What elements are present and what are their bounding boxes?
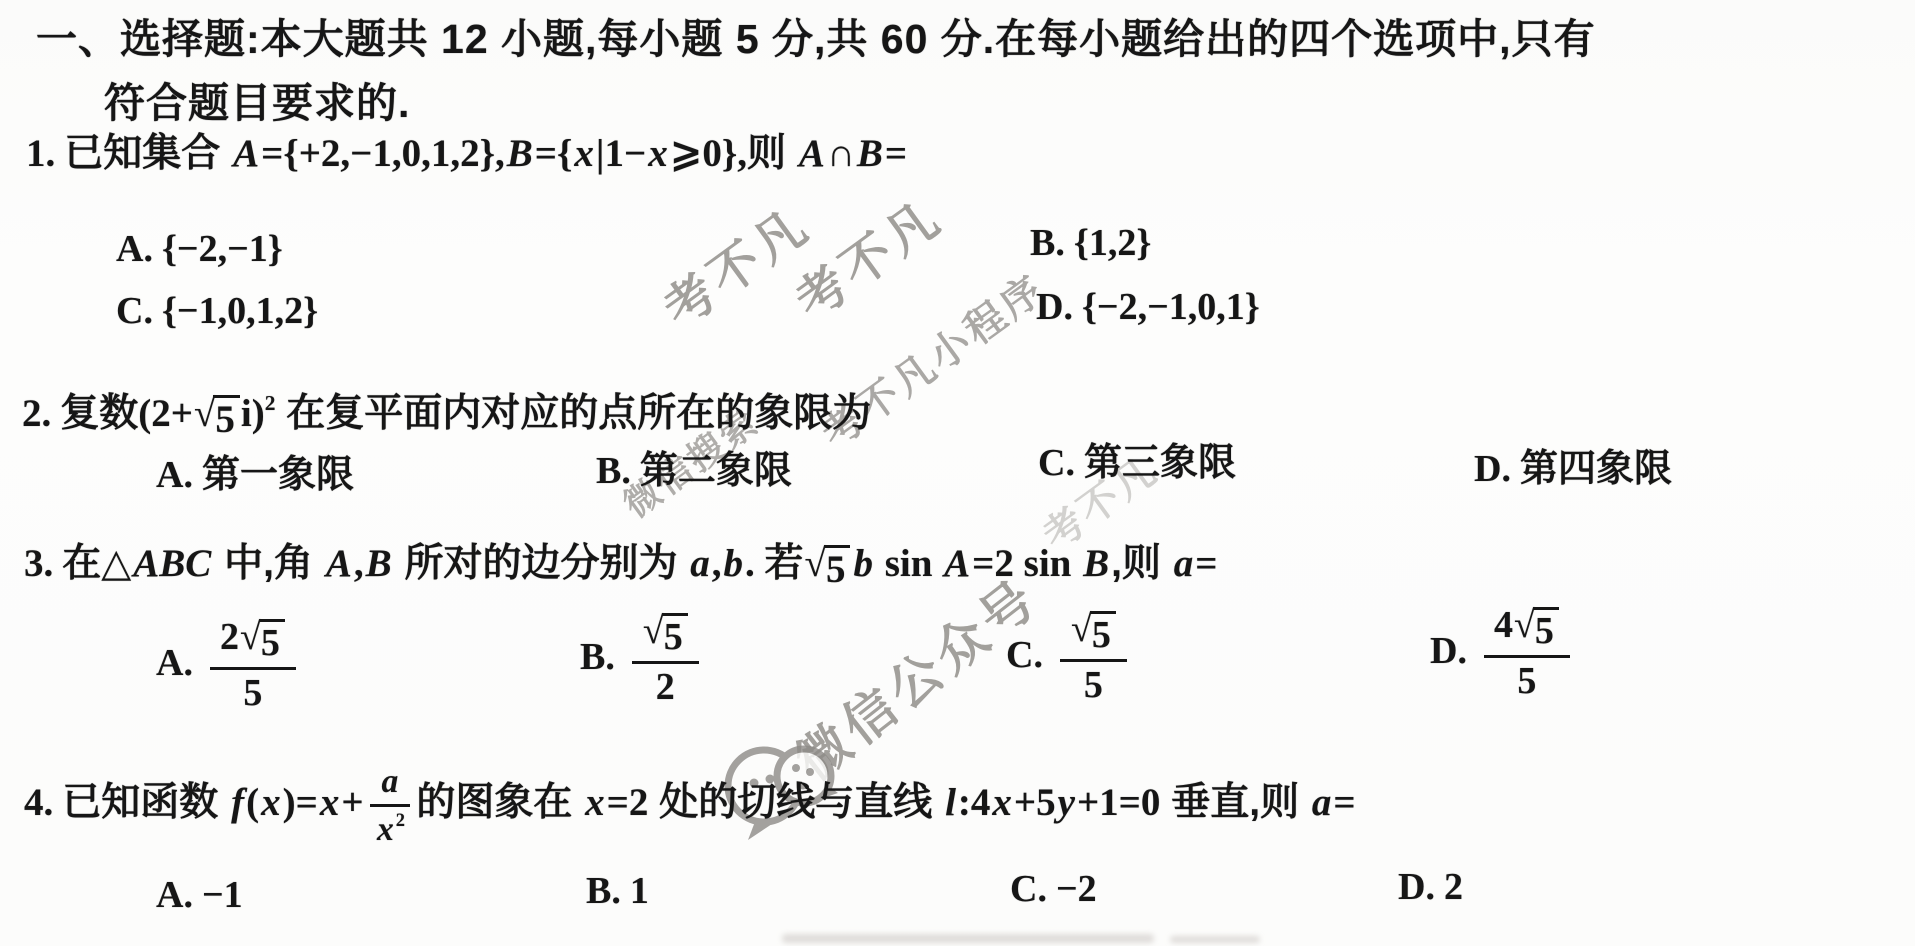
question-2-option-b: B.第二象限 bbox=[596, 448, 792, 494]
question-1-option-b: B.{1,2} bbox=[1030, 220, 1151, 266]
section-header-line-1: 一、选择题:本大题共 12 小题,每小题 5 分,共 60 分.在每小题给出的四… bbox=[36, 14, 1596, 64]
question-2-option-c: C.第三象限 bbox=[1038, 440, 1236, 486]
question-2-option-d: D.第四象限 bbox=[1474, 446, 1672, 492]
question-4-option-c: C.−2 bbox=[1010, 866, 1097, 912]
question-1-option-a: A.{−2,−1} bbox=[116, 226, 283, 272]
scan-smudge bbox=[1170, 936, 1260, 943]
question-3-option-a: A.2√55 bbox=[156, 616, 304, 714]
question-3-option-b: B.√52 bbox=[580, 610, 707, 708]
watermark-text-2: 考不凡 bbox=[779, 178, 955, 333]
question-3-option-d: D.4√55 bbox=[1430, 604, 1578, 702]
exam-scan-page: { "symbols": { "radical": "√" }, "header… bbox=[0, 0, 1915, 946]
question-1-option-d: D.{−2,−1,0,1} bbox=[1036, 284, 1260, 330]
question-4-option-a: A.−1 bbox=[156, 872, 243, 918]
question-4-stem: 4.已知函数 f(x)=x+ax2的图象在 x=2 处的切线与直线 l:4x+5… bbox=[24, 762, 1356, 847]
section-header-line-2: 符合题目要求的. bbox=[104, 78, 410, 128]
question-4-option-b: B.1 bbox=[586, 868, 649, 914]
question-3-stem: 3.在△ABC 中,角 A,B 所对的边分别为 a,b. 若√5b sin A=… bbox=[24, 540, 1218, 589]
scan-smudge bbox=[782, 934, 1154, 943]
question-3-option-c: C.√55 bbox=[1006, 608, 1135, 706]
question-1-stem: 1.已知集合 A={+2,−1,0,1,2},B={x|1−x⩾0},则 A∩B… bbox=[26, 130, 907, 178]
question-4-option-d: D.2 bbox=[1398, 864, 1463, 910]
question-2-stem: 2.复数(2+√5i)2 在复平面内对应的点所在的象限为 bbox=[22, 390, 871, 439]
question-1-option-c: C.{−1,0,1,2} bbox=[116, 288, 318, 334]
question-2-option-a: A.第一象限 bbox=[156, 452, 354, 498]
